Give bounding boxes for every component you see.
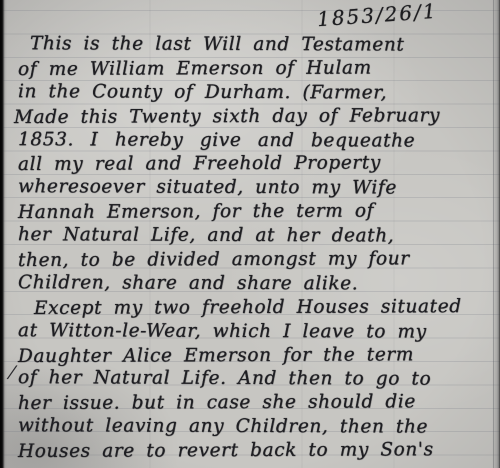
manuscript-line: This is the last Will and Testament (18, 32, 494, 58)
manuscript-line: Daughter Alice Emerson for the term (18, 343, 494, 369)
manuscript-line: without leaving any Children, then the (18, 414, 494, 440)
manuscript-line: Made this Twenty sixth day of February (14, 104, 494, 130)
margin-mark: / (8, 362, 17, 384)
manuscript-line: in the County of Durham. (Farmer, (18, 80, 494, 106)
manuscript-line: wheresoever situated, unto my Wife (18, 176, 494, 202)
manuscript-line: her issue. but in case she should die (18, 390, 494, 416)
manuscript-line: 1853. I hereby give and bequeathe (18, 128, 494, 154)
manuscript-line: Hannah Emerson, for the term of (18, 199, 494, 225)
manuscript-line: all my real and Freehold Property (18, 151, 494, 177)
scanned-document-page: 1853/26/1 / This is the last Will and Te… (0, 0, 500, 468)
manuscript-text: This is the last Will and Testament of m… (18, 33, 494, 463)
manuscript-line: Except my two freehold Houses situated (18, 295, 494, 321)
manuscript-line: then, to be divided amongst my four (18, 247, 494, 273)
manuscript-line: Children, share and share alike. (18, 271, 494, 297)
manuscript-line: at Witton-le-Wear, which I leave to my (18, 319, 494, 345)
scan-edge-left (0, 0, 7, 468)
manuscript-line: of her Natural Life. And then to go to (18, 367, 494, 393)
archive-reference: 1853/26/1 (317, 0, 439, 31)
manuscript-line: of me William Emerson of Hulam (18, 56, 494, 82)
manuscript-line: her Natural Life, and at her death, (18, 223, 494, 249)
manuscript-line: Houses are to revert back to my Son's (18, 438, 494, 464)
scan-edge-right (492, 0, 500, 468)
